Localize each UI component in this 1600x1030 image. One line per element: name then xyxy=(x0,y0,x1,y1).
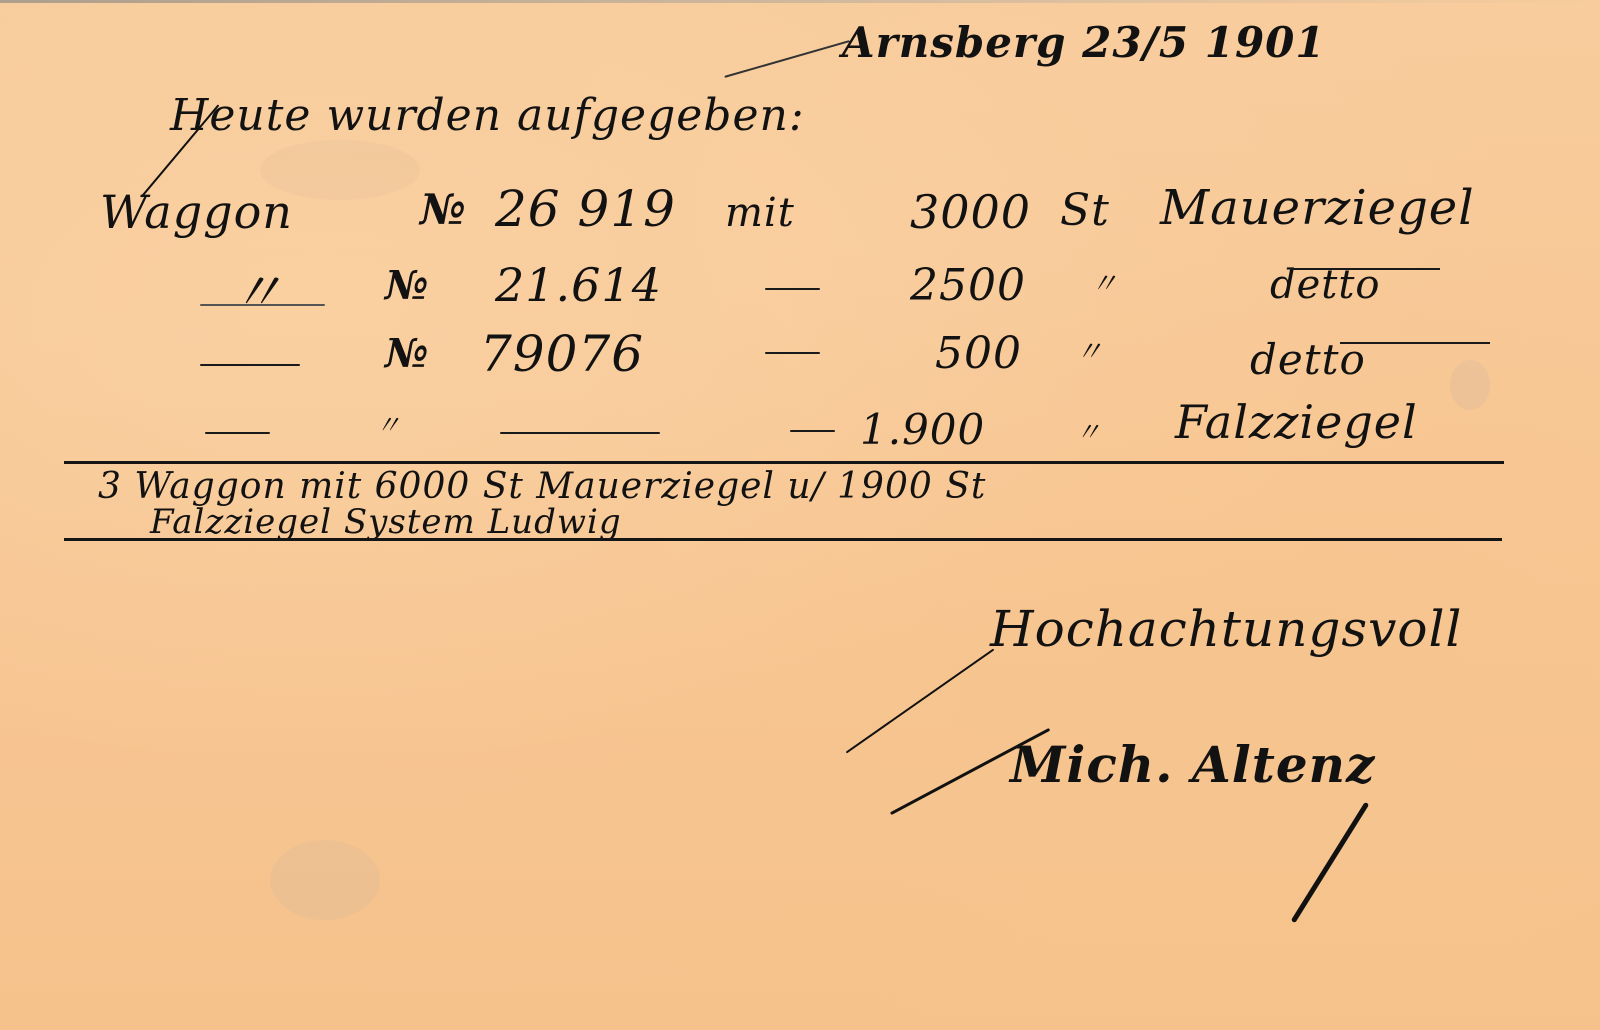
underline-dash xyxy=(200,304,325,306)
card-top-edge xyxy=(0,0,1600,3)
place-date: Arnsberg 23/5 1901 xyxy=(842,18,1326,67)
wagon-number-label: № xyxy=(385,330,429,377)
valediction: Hochachtungsvoll xyxy=(990,600,1462,658)
summary-line-2: Falzziegel System Ludwig xyxy=(150,502,622,542)
wagon-number: 79076 xyxy=(480,325,644,383)
shipment-material: Mauerziegel xyxy=(1160,180,1475,236)
paper-stain xyxy=(270,840,380,920)
wagon-number-label: 〃 xyxy=(375,405,402,442)
signature-tail-stroke xyxy=(1291,802,1369,923)
summary-top-rule xyxy=(64,461,1504,464)
shipment-quantity: 1.900 xyxy=(860,405,985,454)
summary-bottom-rule xyxy=(64,538,1502,541)
strikethrough-line xyxy=(1340,342,1490,344)
ditto-dash xyxy=(765,288,820,290)
greeting-text: Heute wurden aufgegeben: xyxy=(170,90,805,141)
ditto-dash xyxy=(200,364,300,366)
ditto-dash xyxy=(765,352,820,354)
wagon-number: 21.614 xyxy=(495,258,662,312)
shipment-unit: St xyxy=(1060,185,1110,236)
shipment-quantity: 2500 xyxy=(910,260,1026,311)
shipment-connector: mit xyxy=(725,190,795,236)
shipment-unit: 〃 xyxy=(1075,412,1102,449)
wagon-number-label: № xyxy=(385,262,429,309)
ditto-dash xyxy=(500,432,660,434)
ditto-dash xyxy=(790,430,835,432)
summary-line-1: 3 Waggon mit 6000 St Mauerziegel u/ 1900… xyxy=(98,466,986,507)
shipment-unit: 〃 xyxy=(1090,262,1119,302)
shipment-unit: 〃 xyxy=(1075,330,1104,370)
wagon-number: 26 919 xyxy=(495,180,676,238)
flourish-stroke xyxy=(846,649,995,754)
shipment-prefix: 〃 xyxy=(230,250,285,327)
signature: Mich. Altenz xyxy=(1010,735,1375,794)
shipment-material: Falzziegel xyxy=(1175,395,1418,449)
shipment-prefix: Waggon xyxy=(100,185,293,239)
flourish-stroke xyxy=(724,40,849,77)
strikethrough-line xyxy=(1290,268,1440,270)
ditto-dash xyxy=(205,432,270,434)
paper-stain xyxy=(1450,360,1490,410)
shipment-quantity: 3000 xyxy=(910,185,1031,239)
wagon-number-label: № xyxy=(420,185,467,234)
shipment-quantity: 500 xyxy=(935,328,1022,379)
